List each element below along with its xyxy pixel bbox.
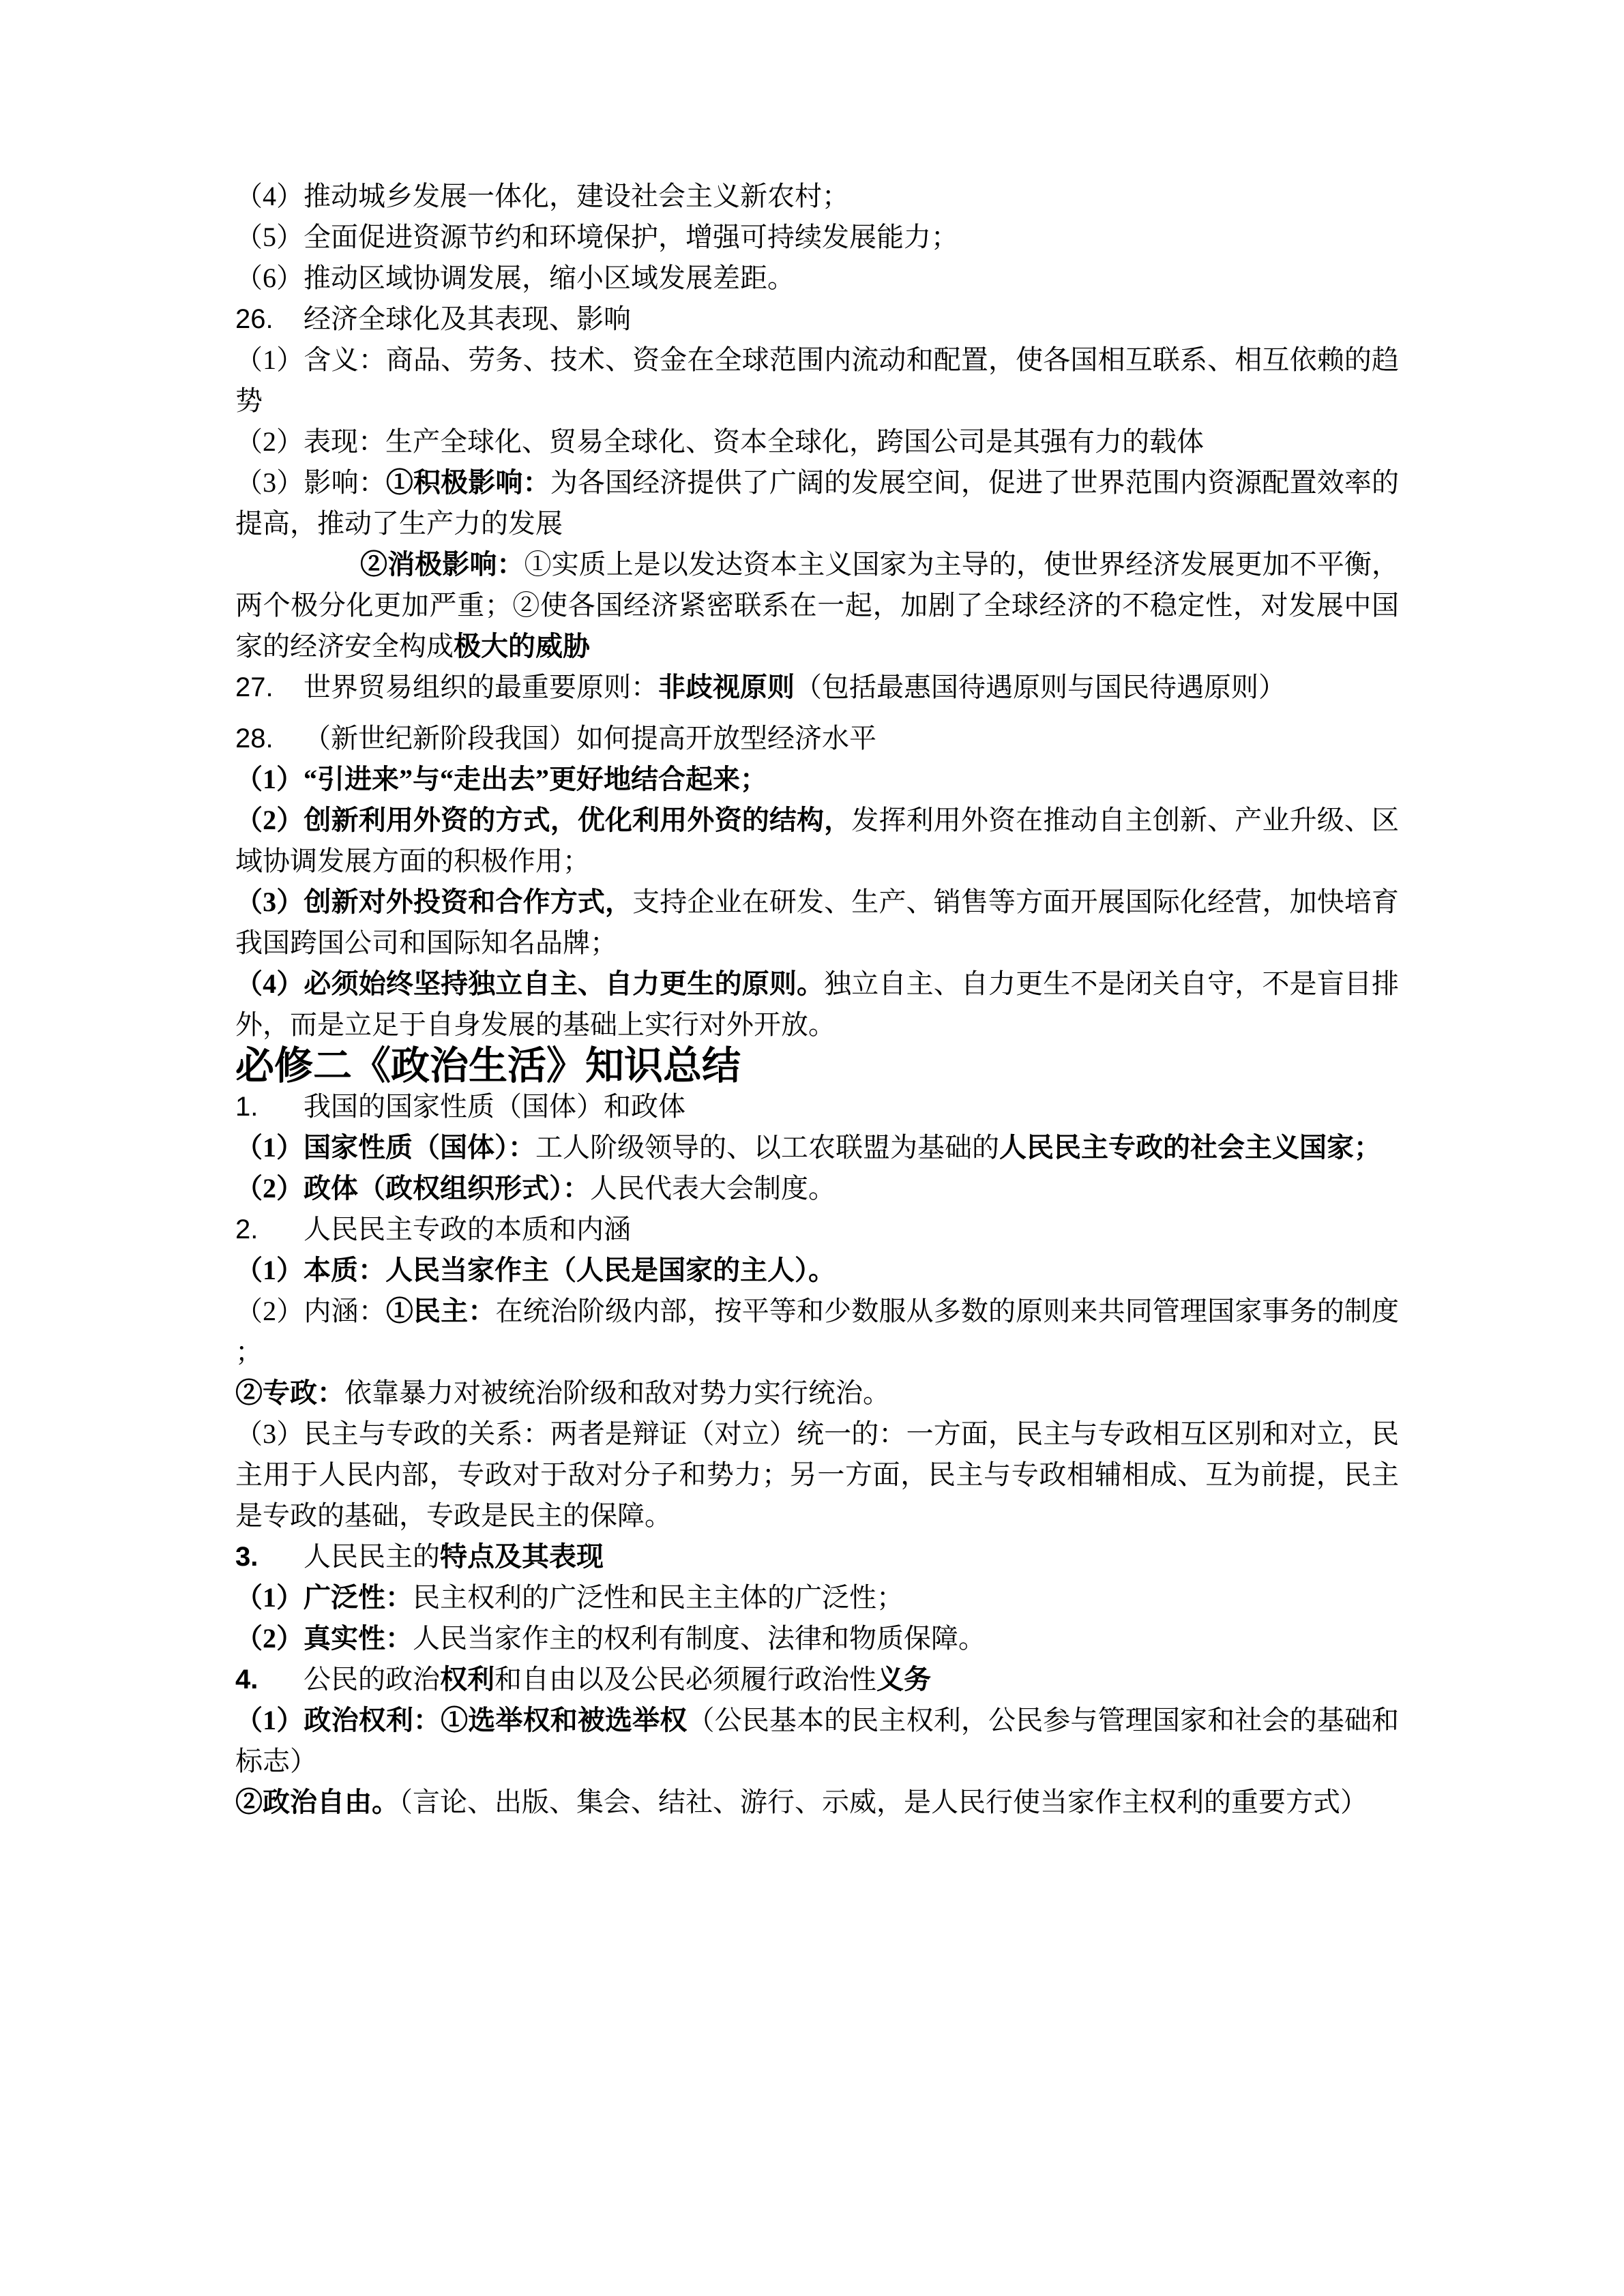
body-text: 和自由以及公民必须履行政治性 <box>494 1664 876 1695</box>
item-number: 1. <box>235 1086 304 1127</box>
body-text: 我国的国家性质（国体）和政体 <box>304 1091 685 1122</box>
body-text: 人民民主专政的本质和内涵 <box>304 1214 631 1244</box>
text-line: （6）推动区域协调发展，缩小区域发展差距。 <box>235 258 1399 299</box>
text-line: ②专政：依靠暴力对被统治阶级和敌对势力实行统治。 <box>235 1373 1399 1414</box>
body-text: 经济全球化及其表现、影响 <box>304 303 631 334</box>
body-text: （5）全面促进资源节约和环境保护，增强可持续发展能力； <box>235 222 958 252</box>
emphasis-text: （1）国家性质（国体）： <box>235 1132 535 1163</box>
text-line: 28.（新世纪新阶段我国）如何提高开放型经济水平 <box>235 718 1399 759</box>
text-line: （2）创新利用外资的方式，优化利用外资的结构，发挥利用外资在推动自主创新、产业升… <box>235 800 1399 882</box>
text-line: （4）必须始终坚持独立自主、自力更生的原则。独立自主、自力更生不是闭关自守，不是… <box>235 964 1399 1045</box>
emphasis-text: ①民主： <box>386 1296 496 1326</box>
text-line: （2）真实性：人民当家作主的权利有制度、法律和物质保障。 <box>235 1618 1399 1659</box>
text-line: ②消极影响：①实质上是以发达资本主义国家为主导的，使世界经济发展更加不平衡，两个… <box>235 544 1399 667</box>
emphasis-text: 义务 <box>876 1664 931 1695</box>
item-number: 28. <box>235 718 304 759</box>
item-number: 2. <box>235 1209 304 1250</box>
text-line: （3）创新对外投资和合作方式，支持企业在研发、生产、销售等方面开展国际化经营，加… <box>235 882 1399 964</box>
text-line: （1）含义：商品、劳务、技术、资金在全球范围内流动和配置，使各国相互联系、相互依… <box>235 340 1399 421</box>
text-line: 27.世界贸易组织的最重要原则：非歧视原则（包括最惠国待遇原则与国民待遇原则） <box>235 667 1399 708</box>
emphasis-text: （3）创新对外投资和合作方式， <box>235 886 632 917</box>
text-line: （2）政体（政权组织形式）：人民代表大会制度。 <box>235 1168 1399 1209</box>
emphasis-text: （4）必须始终坚持独立自主、自力更生的原则。 <box>235 968 824 999</box>
body-text: （1）含义：商品、劳务、技术、资金在全球范围内流动和配置，使各国相互联系、相互依… <box>235 344 1399 416</box>
body-text: 工人阶级领导的、以工农联盟为基础的 <box>535 1132 999 1163</box>
body-text: 民主权利的广泛性和民主主体的广泛性； <box>413 1582 904 1613</box>
emphasis-text: 极大的威胁 <box>454 631 590 661</box>
text-line: （1）“引进来”与“走出去”更好地结合起来； <box>235 759 1399 800</box>
text-line: ②政治自由。（言论、出版、集会、结社、游行、示威，是人民行使当家作主权利的重要方… <box>235 1782 1399 1823</box>
emphasis-text: ②消极影响： <box>360 549 525 580</box>
body-text: 公民的政治 <box>304 1664 440 1695</box>
body-text: 世界贸易组织的最重要原则： <box>304 672 658 702</box>
emphasis-text: （2）创新利用外资的方式，优化利用外资的结构， <box>235 805 851 835</box>
item-number: 4. <box>235 1659 304 1700</box>
emphasis-text: （1）广泛性： <box>235 1582 413 1613</box>
body-text: 人民民主的 <box>304 1541 440 1572</box>
body-text: （新世纪新阶段我国）如何提高开放型经济水平 <box>304 723 876 754</box>
text-line: 26.经济全球化及其表现、影响 <box>235 299 1399 340</box>
emphasis-text: ②专政： <box>235 1377 344 1408</box>
emphasis-text: （1）政治权利：①选举权和被选举权 <box>235 1705 687 1735</box>
emphasis-text: 必修二《政治生活》知识总结 <box>235 1044 741 1088</box>
body-text: （6）推动区域协调发展，缩小区域发展差距。 <box>235 263 795 293</box>
part-title: 必修二《政治生活》知识总结 <box>235 1045 1399 1086</box>
emphasis-text: （2）政体（政权组织形式）： <box>235 1173 590 1204</box>
text-line: 4.公民的政治权利和自由以及公民必须履行政治性义务 <box>235 1659 1399 1700</box>
item-number: 26. <box>235 299 304 340</box>
text-line: （2）内涵：①民主：在统治阶级内部，按平等和少数服从多数的原则来共同管理国家事务… <box>235 1291 1399 1373</box>
emphasis-text: 人民民主专政的社会主义国家； <box>999 1132 1381 1163</box>
body-text: 依靠暴力对被统治阶级和敌对势力实行统治。 <box>344 1377 890 1408</box>
text-line: （3）民主与专政的关系：两者是辩证（对立）统一的：一方面，民主与专政相互区别和对… <box>235 1414 1399 1536</box>
body-text: 人民代表大会制度。 <box>590 1173 836 1204</box>
emphasis-text: （1）“引进来”与“走出去”更好地结合起来； <box>235 764 767 794</box>
text-line: （4）推动城乡发展一体化，建设社会主义新农村； <box>235 176 1399 217</box>
item-number: 3. <box>235 1536 304 1577</box>
text-line: （1）政治权利：①选举权和被选举权（公民基本的民主权利，公民参与管理国家和社会的… <box>235 1700 1399 1782</box>
body-text: 人民当家作主的权利有制度、法律和物质保障。 <box>413 1623 986 1654</box>
text-line: （2）表现：生产全球化、贸易全球化、资本全球化，跨国公司是其强有力的载体 <box>235 421 1399 462</box>
emphasis-text: 权利 <box>440 1664 494 1695</box>
body-text: （包括最惠国待遇原则与国民待遇原则） <box>795 672 1286 702</box>
text-line: （1）广泛性：民主权利的广泛性和民主主体的广泛性； <box>235 1577 1399 1618</box>
text-line: 2.人民民主专政的本质和内涵 <box>235 1209 1399 1250</box>
body-text: （3）影响： <box>235 467 386 498</box>
text-line: （1）国家性质（国体）：工人阶级领导的、以工农联盟为基础的人民民主专政的社会主义… <box>235 1127 1399 1168</box>
text-line: （1）本质：人民当家作主（人民是国家的主人）。 <box>235 1250 1399 1291</box>
item-number: 27. <box>235 667 304 708</box>
emphasis-text: 特点及其表现 <box>440 1541 604 1572</box>
emphasis-text: （1）本质：人民当家作主（人民是国家的主人）。 <box>235 1255 836 1285</box>
emphasis-text: 非歧视原则 <box>658 672 795 702</box>
emphasis-text: ②政治自由。 <box>235 1787 399 1817</box>
body-text: （4）推动城乡发展一体化，建设社会主义新农村； <box>235 181 849 211</box>
text-line: 3.人民民主的特点及其表现 <box>235 1536 1399 1577</box>
emphasis-text: ①积极影响： <box>386 467 550 498</box>
body-text: （2）表现：生产全球化、贸易全球化、资本全球化，跨国公司是其强有力的载体 <box>235 426 1204 457</box>
document-page: （4）推动城乡发展一体化，建设社会主义新农村；（5）全面促进资源节约和环境保护，… <box>0 0 1624 2296</box>
body-text: （3）民主与专政的关系：两者是辩证（对立）统一的：一方面，民主与专政相互区别和对… <box>235 1418 1399 1531</box>
text-line: 1.我国的国家性质（国体）和政体 <box>235 1086 1399 1127</box>
document-body: （4）推动城乡发展一体化，建设社会主义新农村；（5）全面促进资源节约和环境保护，… <box>235 176 1399 1823</box>
text-line: （3）影响：①积极影响：为各国经济提供了广阔的发展空间，促进了世界范围内资源配置… <box>235 462 1399 544</box>
text-line: （5）全面促进资源节约和环境保护，增强可持续发展能力； <box>235 217 1399 258</box>
body-text: （2）内涵： <box>235 1296 386 1326</box>
body-text: （言论、出版、集会、结社、游行、示威，是人民行使当家作主权利的重要方式） <box>399 1787 1368 1817</box>
emphasis-text: （2）真实性： <box>235 1623 413 1654</box>
